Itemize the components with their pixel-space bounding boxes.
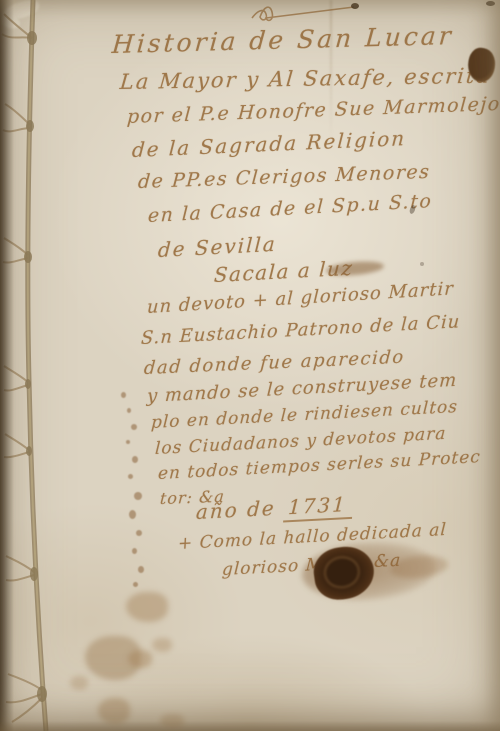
foxing-stain <box>70 676 88 690</box>
stain-dot <box>132 456 138 463</box>
stain-dot <box>132 548 137 554</box>
foxing-stain <box>160 714 184 728</box>
handwritten-line: S.n Eustachio Patrono de la Ciu <box>140 311 460 349</box>
handwritten-line: un devoto + al glorioso Martir <box>147 278 455 318</box>
worn-bottom-edge <box>0 721 500 731</box>
handwritten-line: de PP.es Clerigos Menores <box>137 161 431 193</box>
foxing-stain <box>98 698 130 724</box>
stain-dot <box>128 474 133 479</box>
stain-dot <box>131 424 137 430</box>
stain-dot <box>121 392 126 398</box>
scribal-flourish-mark <box>250 2 360 26</box>
year-underlined: 1731 <box>283 492 353 523</box>
stain-dot <box>134 492 142 500</box>
handwritten-line: de Sevilla <box>157 232 277 262</box>
foxing-stain <box>126 592 168 622</box>
stain-dot <box>126 440 130 444</box>
handwritten-line: Historia de San Lucar <box>111 21 455 59</box>
manuscript-page: Historia de San Lucar La Mayor y Al Saxa… <box>0 0 500 731</box>
stain-dot <box>133 582 138 587</box>
foxing-stain <box>152 638 172 652</box>
handwritten-line: La Mayor y Al Saxafe, escrita <box>119 64 492 95</box>
stain-dot <box>127 408 131 413</box>
ink-speck <box>420 262 424 266</box>
foxing-stain <box>128 650 152 668</box>
handwritten-line: por el P.e Honofre Sue Marmolejo <box>126 93 500 128</box>
year-prefix: año de <box>195 496 276 524</box>
ink-speck <box>486 1 495 6</box>
stain-dot <box>136 530 142 536</box>
handwritten-line: de la Sagrada Religion <box>131 126 407 162</box>
book-spine-edge <box>0 0 14 731</box>
handwritten-line: en la Casa de el Sp.u S.to <box>147 190 432 227</box>
stain-dot <box>129 510 136 519</box>
stain-dot <box>138 566 144 573</box>
